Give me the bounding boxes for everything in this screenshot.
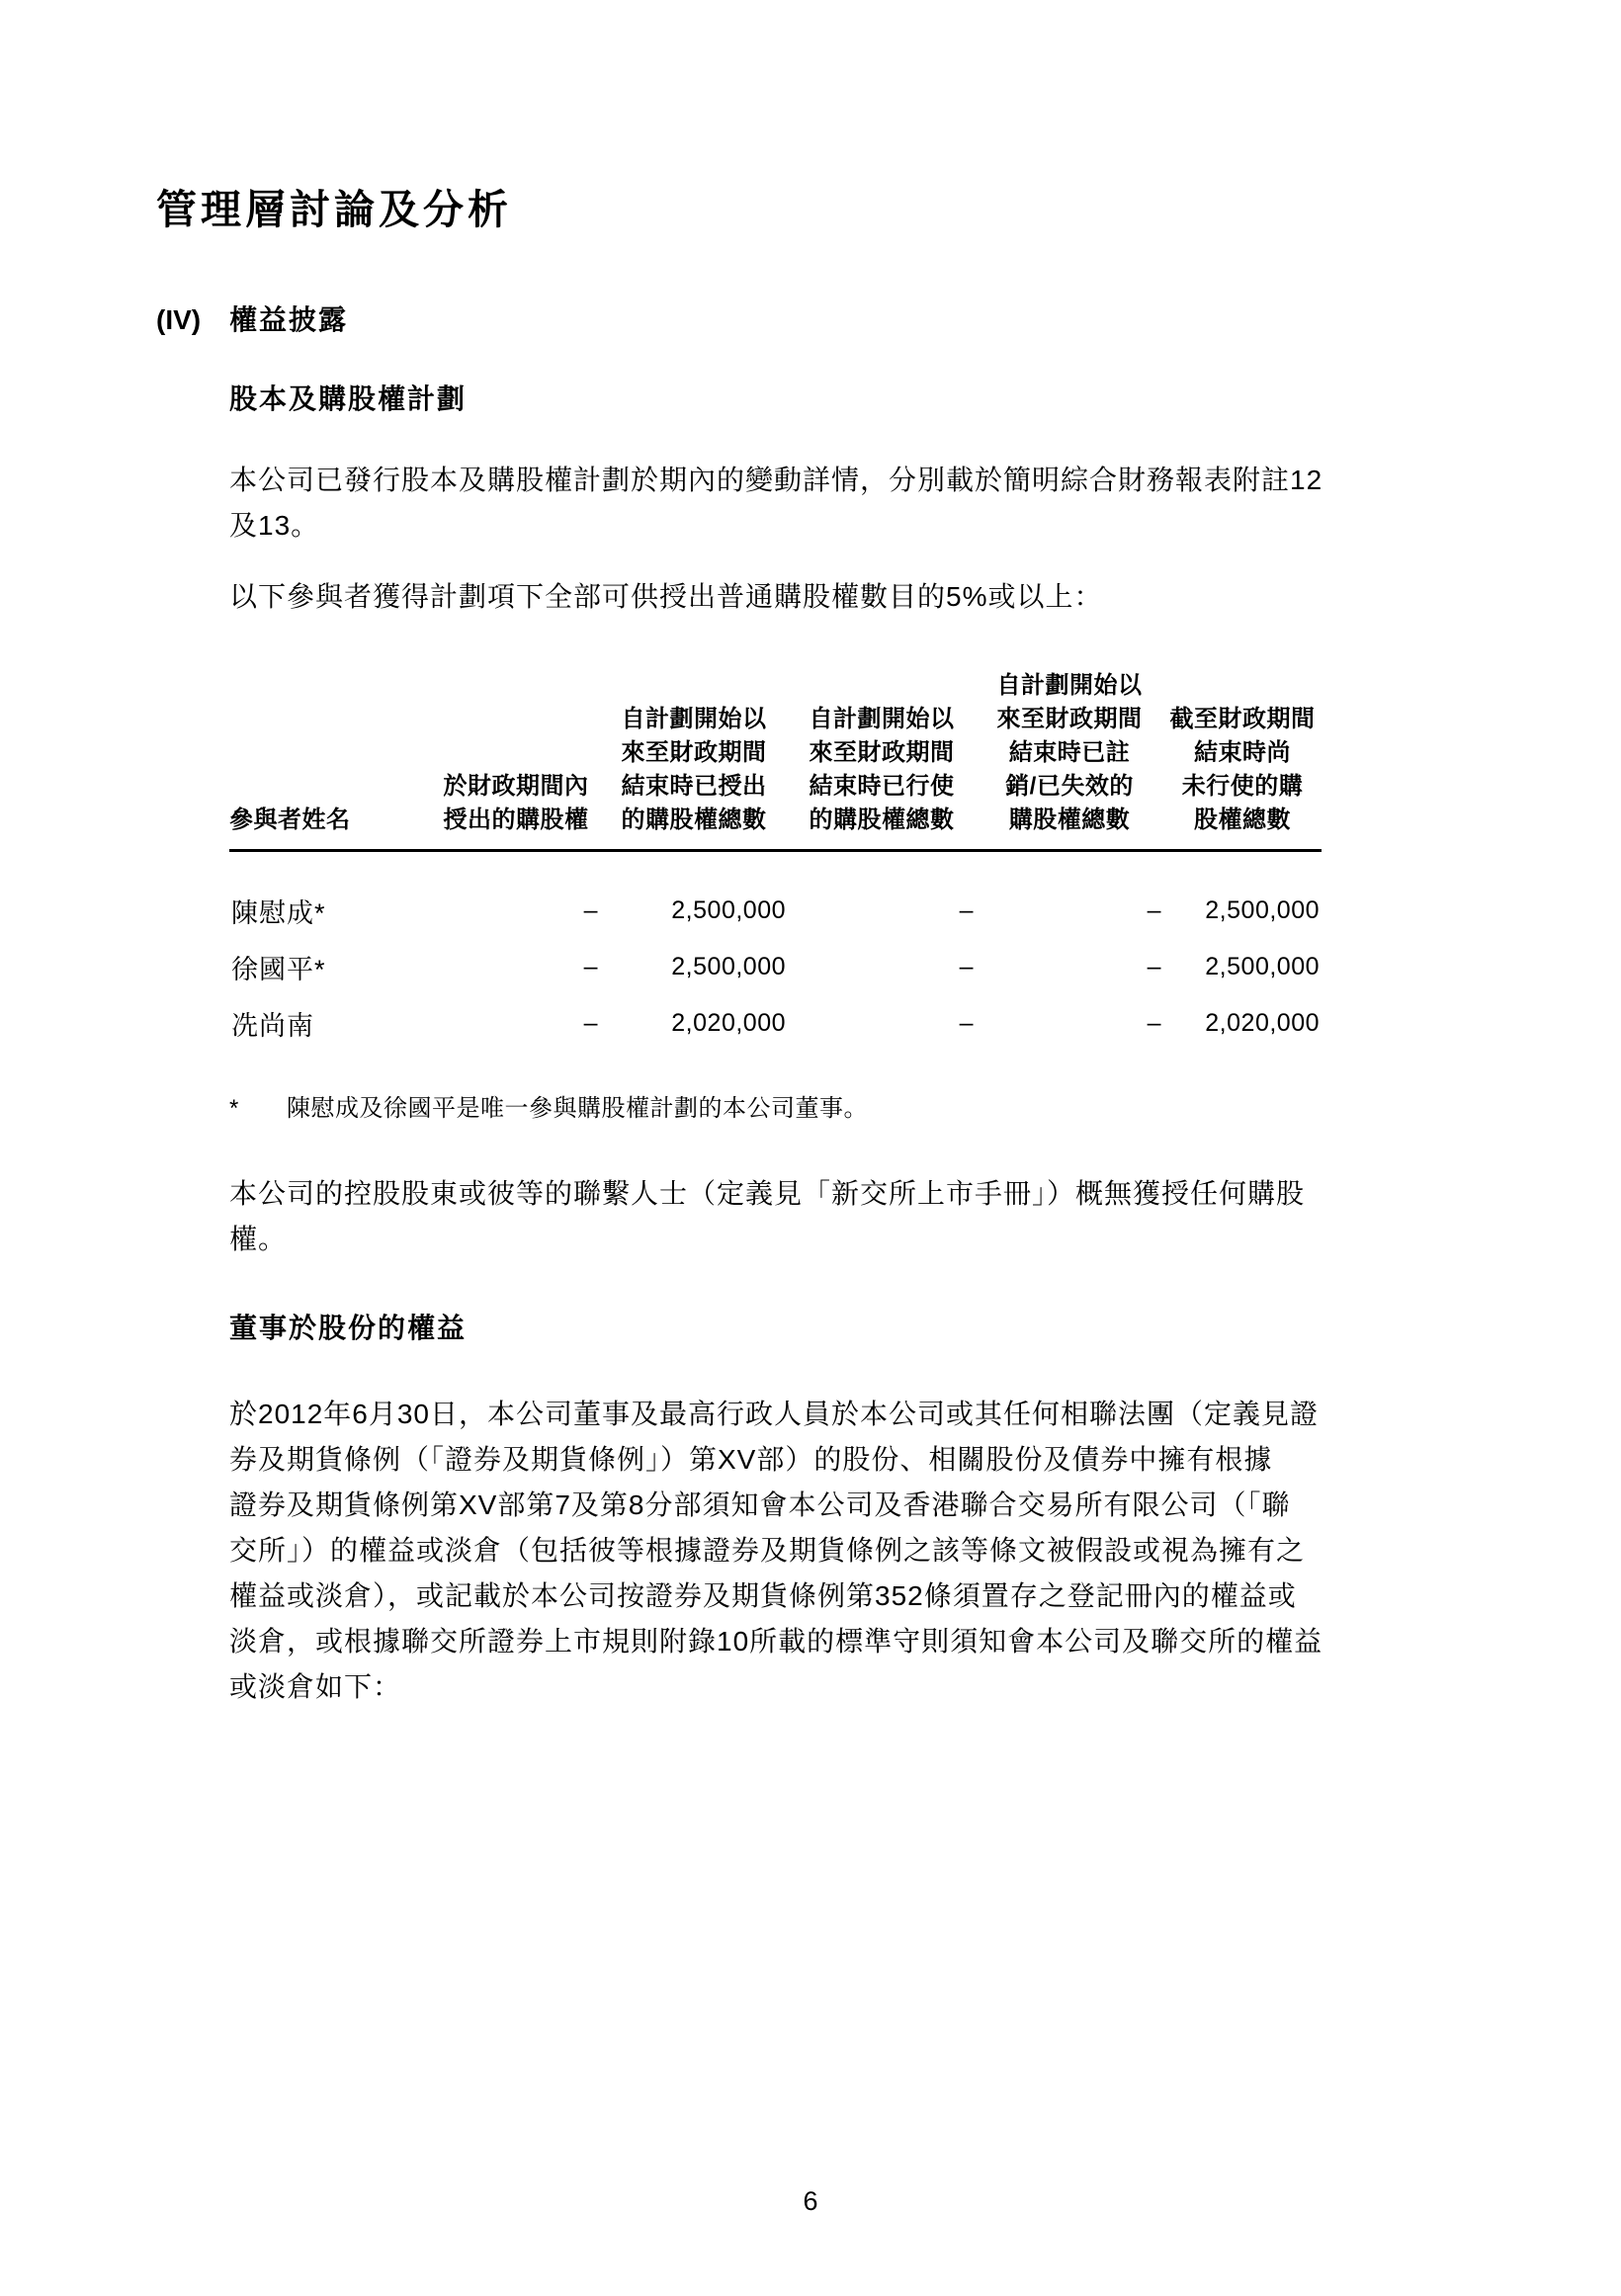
section-heading-interests-disclosure: 權益披露 [229, 303, 1421, 337]
subsection-heading-directors-interests: 董事於股份的權益 [229, 1312, 1421, 1345]
table-row: 陳慰成* – 2,500,000 – – 2,500,000 [229, 850, 1322, 939]
column-header-total-exercised: 自計劃開始以 來至財政期間 結束時已行使 的購股權總數 [788, 669, 976, 851]
paragraph-share-capital-intro: 本公司已發行股本及購股權計劃於期內的變動詳情，分別載於簡明綜合財務報表附註12 … [229, 458, 1421, 549]
granted-during-period-value: – [432, 850, 600, 939]
footnote-marker: * [229, 1093, 287, 1124]
column-header-outstanding: 截至財政期間 結束時尚 未行使的購 股權總數 [1163, 669, 1322, 851]
section-index-label: (IV) [156, 303, 229, 1710]
paragraph-no-options-granted: 本公司的控股股東或彼等的聯繫人士（定義見「新交所上市手冊」）概無獲授任何購股 權… [229, 1171, 1421, 1262]
granted-during-period-value: – [432, 939, 600, 995]
table-header-row: 參與者姓名 於財政期間內 授出的購股權 自計劃開始以 來至財政期間 結束時已授出… [229, 669, 1322, 851]
total-cancelled-lapsed-value: – [976, 939, 1163, 995]
total-cancelled-lapsed-value: – [976, 995, 1163, 1052]
column-header-granted-during-period: 於財政期間內 授出的購股權 [432, 669, 600, 851]
paragraph-participants-intro: 以下參與者獲得計劃項下全部可供授出普通購股權數目的5%或以上： [229, 574, 1421, 620]
page-title: 管理層討論及分析 [156, 190, 1443, 230]
paragraph-directors-interests: 於2012年6月30日，本公司董事及最高行政人員於本公司或其任何相聯法團（定義見… [229, 1392, 1421, 1710]
section-iv: (IV) 權益披露 股本及購股權計劃 本公司已發行股本及購股權計劃於期內的變動詳… [156, 303, 1443, 1710]
total-exercised-value: – [788, 939, 976, 995]
column-header-total-cancelled-lapsed: 自計劃開始以 來至財政期間 結束時已註 銷/已失效的 購股權總數 [976, 669, 1163, 851]
column-header-total-granted: 自計劃開始以 來至財政期間 結束時已授出 的購股權總數 [600, 669, 788, 851]
outstanding-value: 2,500,000 [1163, 850, 1322, 939]
granted-during-period-value: – [432, 995, 600, 1052]
participant-name: 陳慰成* [229, 850, 432, 939]
total-exercised-value: – [788, 995, 976, 1052]
total-cancelled-lapsed-value: – [976, 850, 1163, 939]
participant-name: 冼尚南 [229, 995, 432, 1052]
table-row: 徐國平* – 2,500,000 – – 2,500,000 [229, 939, 1322, 995]
total-exercised-value: – [788, 850, 976, 939]
table-footnote: * 陳慰成及徐國平是唯一參與購股權計劃的本公司董事。 [229, 1093, 1421, 1124]
footnote-text: 陳慰成及徐國平是唯一參與購股權計劃的本公司董事。 [287, 1093, 868, 1124]
participant-name: 徐國平* [229, 939, 432, 995]
report-page: 管理層討論及分析 (IV) 權益披露 股本及購股權計劃 本公司已發行股本及購股權… [0, 0, 1621, 2296]
section-body: 權益披露 股本及購股權計劃 本公司已發行股本及購股權計劃於期內的變動詳情，分別載… [229, 303, 1421, 1710]
outstanding-value: 2,020,000 [1163, 995, 1322, 1052]
total-granted-value: 2,500,000 [600, 939, 788, 995]
table-row: 冼尚南 – 2,020,000 – – 2,020,000 [229, 995, 1322, 1052]
total-granted-value: 2,020,000 [600, 995, 788, 1052]
share-options-table: 參與者姓名 於財政期間內 授出的購股權 自計劃開始以 來至財政期間 結束時已授出… [229, 669, 1322, 1052]
outstanding-value: 2,500,000 [1163, 939, 1322, 995]
total-granted-value: 2,500,000 [600, 850, 788, 939]
page-number: 6 [0, 2186, 1621, 2217]
column-header-participant-name: 參與者姓名 [229, 669, 432, 851]
subsection-heading-share-capital: 股本及購股權計劃 [229, 383, 1421, 416]
